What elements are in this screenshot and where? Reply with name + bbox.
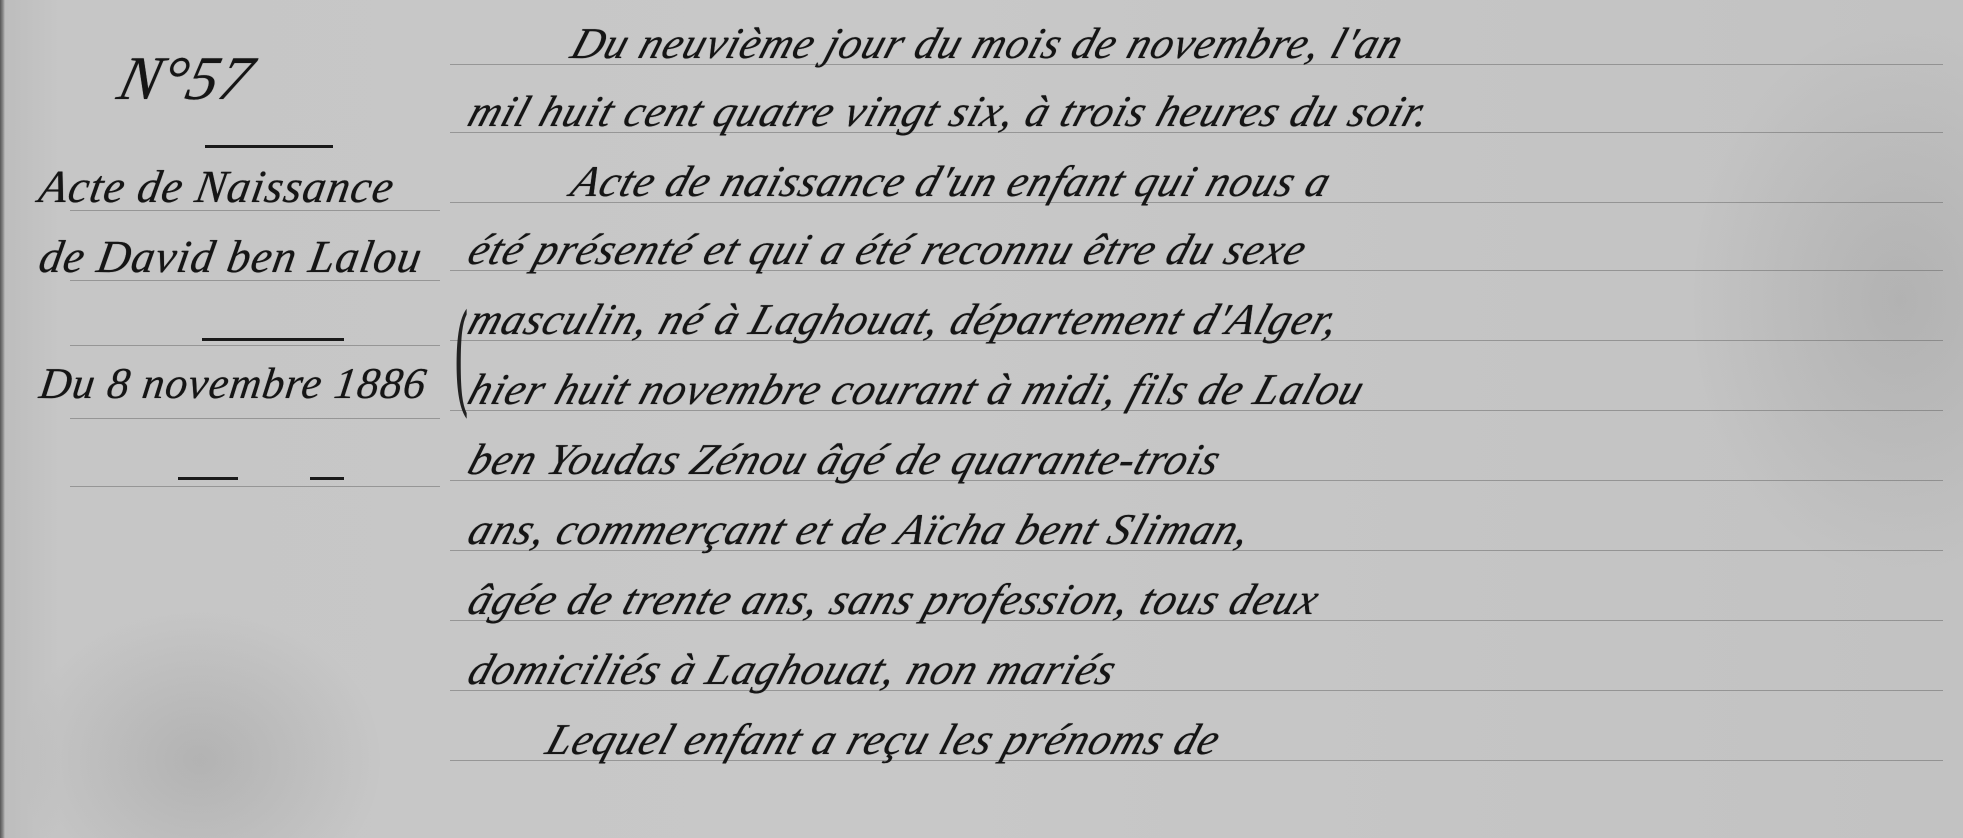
margin-date: Du 8 novembre 1886 xyxy=(36,358,430,409)
entry-number-underline xyxy=(205,145,333,148)
margin-title-line-1: Acte de Naissance xyxy=(35,160,399,213)
body-line: domiciliés à Laghouat, non mariés xyxy=(462,644,1124,695)
body-line: hier huit novembre courant à midi, fils … xyxy=(462,364,1372,415)
body-line: mil huit cent quatre vingt six, à trois … xyxy=(462,86,1438,137)
date-underline-right xyxy=(310,477,344,480)
register-page: N°57 Acte de Naissance de David ben Lalo… xyxy=(0,0,1963,838)
body-line: âgée de trente ans, sans profession, tou… xyxy=(462,574,1327,625)
body-line: été présenté et qui a été reconnu être d… xyxy=(462,224,1314,275)
body-line: masculin, né à Laghouat, département d'A… xyxy=(462,294,1347,345)
body-line: Du neuvième jour du mois de novembre, l'… xyxy=(565,18,1411,69)
page-binding-edge xyxy=(0,0,5,838)
margin-title-line-2: de David ben Lalou xyxy=(35,230,426,283)
date-underline-left xyxy=(178,477,238,480)
margin-ruled-line xyxy=(70,486,440,487)
margin-ruled-line xyxy=(70,345,440,346)
body-line: Lequel enfant a reçu les prénoms de xyxy=(540,714,1228,765)
body-line: ben Youdas Zénou âgé de quarante-trois xyxy=(462,434,1228,485)
entry-number: N°57 xyxy=(111,44,261,115)
body-line: ans, commerçant et de Aïcha bent Sliman, xyxy=(462,504,1258,555)
body-line: Acte de naissance d'un enfant qui nous a xyxy=(565,156,1339,207)
date-overline xyxy=(202,338,344,341)
margin-ruled-line xyxy=(70,418,440,419)
